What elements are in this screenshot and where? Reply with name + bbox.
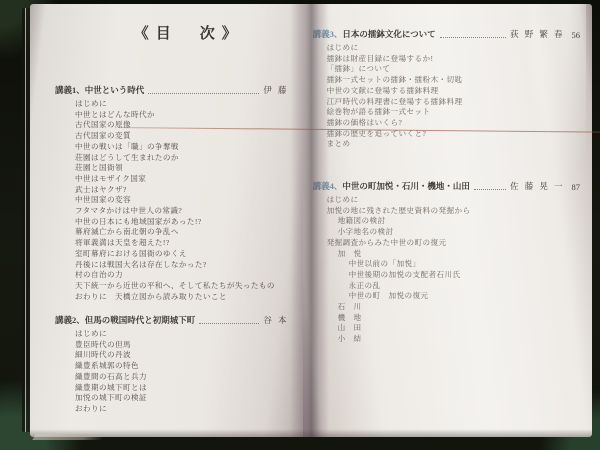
toc-item: 中世国家の変容 <box>75 195 289 206</box>
toc-item: 擂鉢の価格はいくら? <box>327 118 580 129</box>
toc-item: 古代国家の変質 <box>75 131 289 142</box>
toc-item: 山 田 <box>327 323 580 334</box>
toc-item: はじめに <box>75 329 289 340</box>
toc-item: 村の自治の力 <box>75 270 289 281</box>
lecture-3-heading: 講義3、 日本の擂鉢文化について 荻 野 繁 春 56 <box>313 28 580 40</box>
toc-item: 小 結 <box>327 334 580 345</box>
toc-item: 「擂鉢」について <box>327 64 580 75</box>
toc-item: 細川時代の丹波 <box>75 350 289 361</box>
toc-item: 小字地名の検討 <box>327 227 580 238</box>
toc-item: はじめに <box>75 99 289 110</box>
lecture-4-page-number: 87 <box>571 182 580 192</box>
toc-item: 中世の戦いは「職」の争奪戦 <box>75 142 289 153</box>
toc-item: 幕府滅亡から南北朝の争乱へ <box>75 227 289 238</box>
right-page: 講義3、 日本の擂鉢文化について 荻 野 繁 春 56 はじめに擂鉢は財産目録に… <box>303 4 592 437</box>
lecture-2-author: 谷 本 <box>263 314 288 326</box>
toc-item: 中世の日本にも地域国家があった!? <box>75 217 289 228</box>
toc-item: 織豊系城郭の特色 <box>75 361 289 372</box>
toc-item: 古代国家の原像 <box>75 120 289 131</box>
toc-item: 絵巻物が語る擂鉢一式セット <box>327 107 580 118</box>
open-book: 《目 次》 講義1、 中世という時代 伊 藤 はじめに中世とはどんな時代か古代国… <box>30 4 592 437</box>
dot-leader <box>474 189 506 190</box>
lecture-2-section: 講義2、 但馬の戦国時代と初期城下町 谷 本 はじめに豊臣時代の但馬細川時代の丹… <box>55 314 289 415</box>
toc-item: 将軍義満は天皇を超えた!? <box>75 238 289 249</box>
lecture-3-items: はじめに擂鉢は財産目録に登場するか!「擂鉢」について擂鉢一式セットの擂鉢・擂粉木… <box>313 43 580 150</box>
lecture-3-title: 日本の擂鉢文化について <box>342 28 435 40</box>
book-photo: 《目 次》 講義1、 中世という時代 伊 藤 はじめに中世とはどんな時代か古代国… <box>0 0 600 450</box>
toc-item: 中世とはどんな時代か <box>75 110 289 121</box>
lecture-1-section: 講義1、 中世という時代 伊 藤 はじめに中世とはどんな時代か古代国家の原像古代… <box>55 84 289 302</box>
toc-item: 織豊間の石高と兵力 <box>75 372 289 383</box>
lecture-4-title: 中世の町加悦・石川・機地・山田 <box>342 180 470 192</box>
lecture-4-items: はじめに加悦の地に残された歴史資料の発掘から地籍図の検討小字地名の検討発掘調査か… <box>313 195 580 345</box>
toc-item: 中世以前の「加悦」 <box>327 259 580 270</box>
lecture-2-heading: 講義2、 但馬の戦国時代と初期城下町 谷 本 <box>55 314 289 326</box>
toc-item: 地籍図の検討 <box>327 216 580 227</box>
toc-item: 加悦の地に残された歴史資料の発掘から <box>327 206 580 217</box>
toc-item: 石 川 <box>327 302 580 313</box>
toc-item: 中世の文献に登場する擂鉢料理 <box>327 86 580 97</box>
lecture-1-items: はじめに中世とはどんな時代か古代国家の原像古代国家の変質中世の戦いは「職」の争奪… <box>55 99 289 302</box>
toc-item: 武士はヤクザ? <box>75 185 289 196</box>
dot-leader <box>440 37 506 38</box>
toc-title: 《目 次》 <box>55 22 289 43</box>
toc-item: 永正の乱 <box>327 281 580 292</box>
lecture-3-author: 荻 野 繁 春 <box>510 28 564 40</box>
page-edge-sliver <box>32 434 105 440</box>
toc-item: 中世はモザイク国家 <box>75 174 289 185</box>
toc-item: 織豊期の城下町とは <box>75 383 289 394</box>
dot-leader <box>199 323 259 324</box>
toc-item: 室町幕府における国衙のゆくえ <box>75 249 289 260</box>
lecture-2-title: 但馬の戦国時代と初期城下町 <box>85 314 196 326</box>
toc-item: はじめに <box>327 195 580 206</box>
toc-item: フタマタかけは中世人の常識? <box>75 206 289 217</box>
toc-item: 丹後には戦国大名は存在しなかった? <box>75 260 289 271</box>
toc-item: はじめに <box>327 43 580 54</box>
toc-item: 加悦の城下町の検証 <box>75 393 289 404</box>
toc-item: 荘園はどうして生まれたのか <box>75 153 289 164</box>
lecture-4-number: 講義4、 <box>313 180 343 192</box>
lecture-1-title: 中世という時代 <box>85 84 145 96</box>
toc-item: 発掘調査からみた中世の町の復元 <box>327 238 580 249</box>
toc-item: 中世の町 加悦の復元 <box>327 291 580 302</box>
toc-item: おわりに 天橋立図から読み取りたいこと <box>75 292 289 303</box>
toc-item: 擂鉢は財産目録に登場するか! <box>327 54 580 65</box>
lecture-4-section: 講義4、 中世の町加悦・石川・機地・山田 佐 藤 晃 一 87 はじめに加悦の地… <box>313 180 580 345</box>
lecture-2-items: はじめに豊臣時代の但馬細川時代の丹波織豊系城郭の特色織豊間の石高と兵力織豊期の城… <box>55 329 289 415</box>
lecture-4-author: 佐 藤 晃 一 <box>510 180 564 192</box>
toc-item: おわりに <box>75 404 289 415</box>
toc-item: 豊臣時代の但馬 <box>75 340 289 351</box>
lecture-2-number: 講義2、 <box>55 314 85 326</box>
toc-item: 天下統一から近世の平和へ、そして私たちが失ったもの <box>75 281 289 292</box>
lecture-1-author: 伊 藤 <box>263 84 288 96</box>
toc-item: 江戸時代の料理書に登場する擂鉢料理 <box>327 97 580 108</box>
dot-leader <box>148 93 259 94</box>
lecture-1-number: 講義1、 <box>55 84 85 96</box>
toc-item: 加 悦 <box>327 249 580 260</box>
toc-item: 擂鉢一式セットの擂鉢・擂粉木・切匙 <box>327 75 580 86</box>
lecture-1-heading: 講義1、 中世という時代 伊 藤 <box>55 84 289 96</box>
toc-item: まとめ <box>327 139 580 150</box>
toc-item: 荘園と国衙領 <box>75 163 289 174</box>
toc-item: 中世後期の加悦の支配者石川氏 <box>327 270 580 281</box>
lecture-3-number: 講義3、 <box>313 28 343 40</box>
left-page: 《目 次》 講義1、 中世という時代 伊 藤 はじめに中世とはどんな時代か古代国… <box>30 4 303 437</box>
lecture-4-heading: 講義4、 中世の町加悦・石川・機地・山田 佐 藤 晃 一 87 <box>313 180 580 192</box>
lecture-3-page-number: 56 <box>571 30 580 40</box>
toc-item: 機 地 <box>327 313 580 324</box>
